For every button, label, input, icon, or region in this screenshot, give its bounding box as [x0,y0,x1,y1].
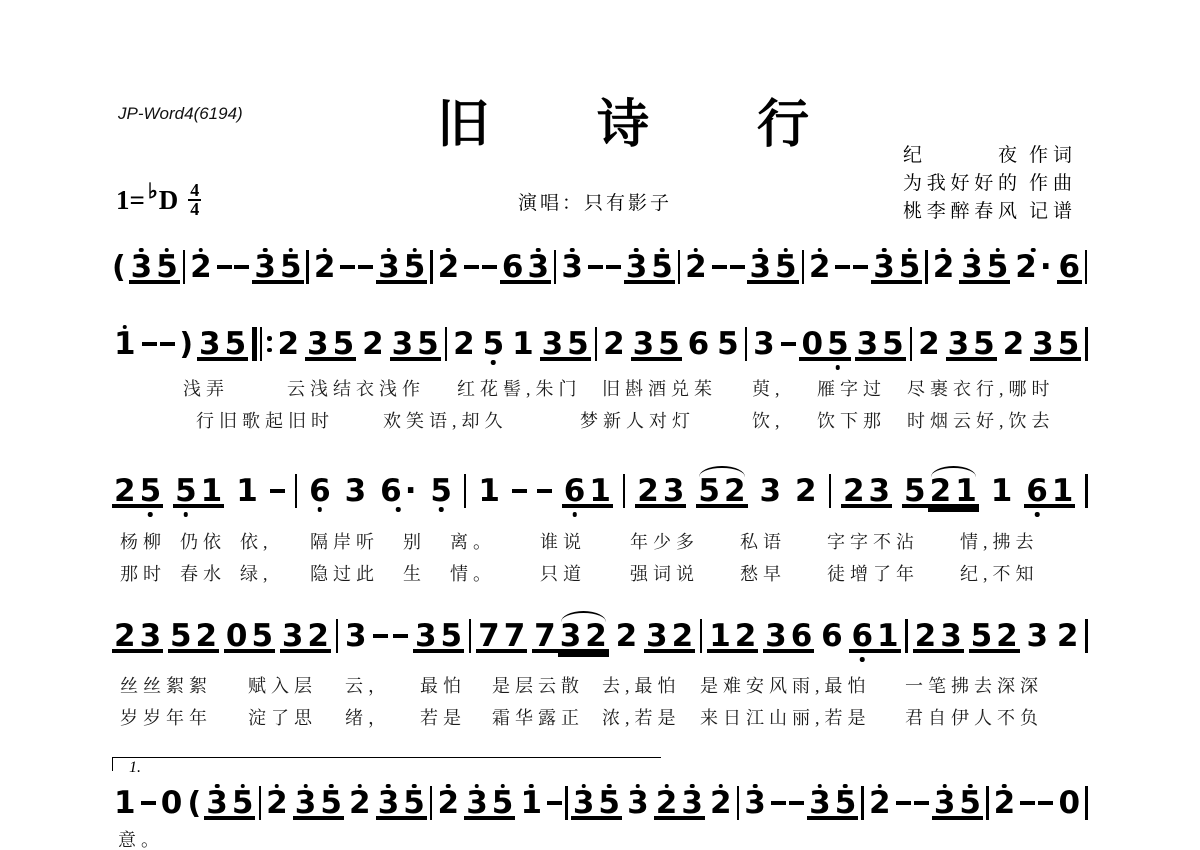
lyric-segment: 一笔拂去深深 [905,672,1043,698]
lyric-segment: 私语 [740,528,786,554]
lyric-segment: 依, [240,528,273,554]
lyric-segment: 尽裹衣行,哪时 [907,375,1055,401]
lyric-segment: 只道 [540,560,586,586]
lyric-segment: 纪,不知 [960,560,1039,586]
lyric-segment: 饮下那 [817,407,886,433]
lyric-segment: 若是 [420,704,466,730]
lyric-segment: 丝丝絮絮 [120,672,212,698]
lyric-segment: 去,最怕 [602,672,681,698]
sheet-music-page: JP-Word4(6194) 旧诗行 演唱：只有影子 1=♭D 4 4 纪夜作词… [0,0,1200,850]
lyric-segment: 愁早 [740,560,786,586]
lyric-segment: 绿, [240,560,273,586]
lyric-segment: 浅弄 [183,375,229,401]
lyric-segment: 饮, [752,407,785,433]
lyric-segment: 淀了思 [248,704,317,730]
lyric-segment: 欢笑语,却久 [383,407,508,433]
lyric-segment: 隔岸听 [310,528,379,554]
lyric-segment: 年少多 [630,528,699,554]
lyric-segment: 情,拂去 [960,528,1039,554]
lyric-segment: 谁说 [540,528,586,554]
lyric-segment: 离。 [450,528,496,554]
lyric-segment: 萸, [752,375,785,401]
lyric-segment: 那时 [120,560,166,586]
lyric-segment: 君自伊人不负 [905,704,1043,730]
lyric-segment: 霜华露正 [492,704,584,730]
lyric-segment: 浓,若是 [602,704,681,730]
lyric-segment: 云， [345,672,391,698]
lyric-segment: 行旧歌起旧时 [196,407,334,433]
lyric-segment: 意。 [118,826,164,850]
lyric-segment: 春水 [180,560,226,586]
lyric-segment: 杨柳 [120,528,166,554]
lyric-segment: 红花髻,朱门 [457,375,582,401]
lyric-segment: 最怕 [420,672,466,698]
lyric-segment: 旧斟酒兑茱 [602,375,717,401]
lyric-segment: 时烟云好,饮去 [907,407,1055,433]
lyric-segment: 来日江山丽,若是 [700,704,871,730]
lyric-segment: 梦新人对灯 [580,407,695,433]
lyric-segment: 云浅结衣浅作 [287,375,425,401]
lyric-segment: 生 [403,560,426,586]
lyric-segment: 仍依 [180,528,226,554]
lyric-segment: 雁字过 [817,375,886,401]
lyrics-layer: 浅弄云浅结衣浅作红花髻,朱门旧斟酒兑茱萸,雁字过尽裹衣行,哪时行旧歌起旧时欢笑语… [0,0,1200,850]
lyric-segment: 隐过此 [310,560,379,586]
lyric-segment: 情。 [450,560,496,586]
lyric-segment: 强词说 [630,560,699,586]
lyric-segment: 是难安风雨,最怕 [700,672,871,698]
lyric-segment: 是层云散 [492,672,584,698]
lyric-segment: 绪， [345,704,391,730]
lyric-segment: 岁岁年年 [120,704,212,730]
lyric-segment: 字字不沾 [827,528,919,554]
lyric-segment: 赋入层 [248,672,317,698]
lyric-segment: 徒增了年 [827,560,919,586]
lyric-segment: 别 [403,528,426,554]
